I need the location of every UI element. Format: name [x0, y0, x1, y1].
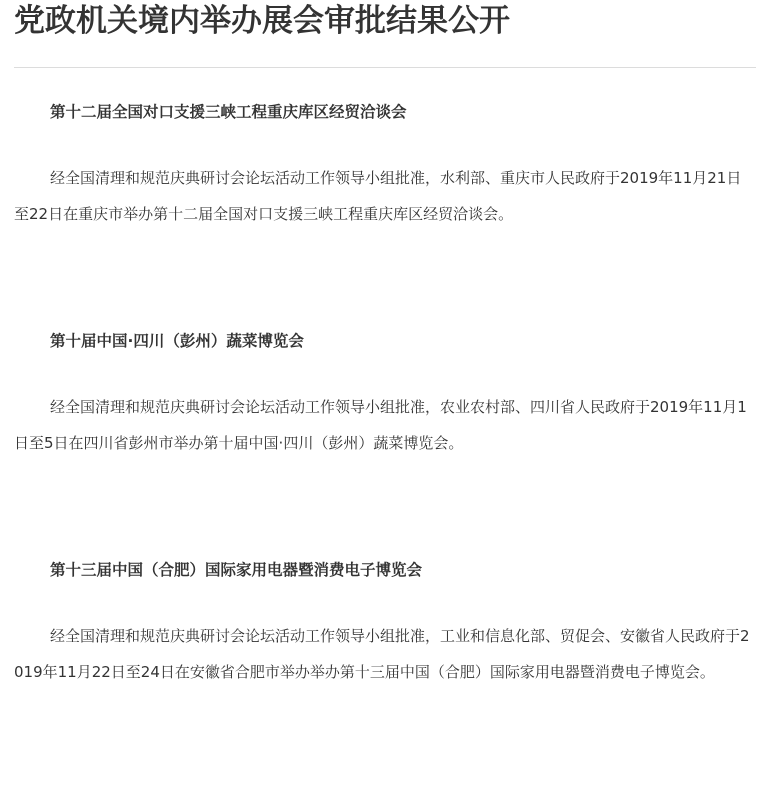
section-body: 经全国清理和规范庆典研讨会论坛活动工作领导小组批准，农业农村部、四川省人民政府于…	[14, 389, 752, 461]
article-section-2: 第十届中国·四川（彭州）蔬菜博览会 经全国清理和规范庆典研讨会论坛活动工作领导小…	[14, 329, 752, 461]
section-heading: 第十二届全国对口支援三峡工程重庆库区经贸洽谈会	[14, 100, 752, 124]
article-section-3: 第十三届中国（合肥）国际家用电器暨消费电子博览会 经全国清理和规范庆典研讨会论坛…	[14, 558, 752, 690]
section-body: 经全国清理和规范庆典研讨会论坛活动工作领导小组批准，工业和信息化部、贸促会、安徽…	[14, 618, 752, 690]
title-divider	[14, 67, 756, 68]
document-page: 党政机关境内举办展会审批结果公开 第十二届全国对口支援三峡工程重庆库区经贸洽谈会…	[0, 0, 760, 40]
article-section-1: 第十二届全国对口支援三峡工程重庆库区经贸洽谈会 经全国清理和规范庆典研讨会论坛活…	[14, 100, 752, 232]
section-body: 经全国清理和规范庆典研讨会论坛活动工作领导小组批准，水利部、重庆市人民政府于20…	[14, 160, 752, 232]
section-heading: 第十届中国·四川（彭州）蔬菜博览会	[14, 329, 752, 353]
section-heading: 第十三届中国（合肥）国际家用电器暨消费电子博览会	[14, 558, 752, 582]
page-title: 党政机关境内举办展会审批结果公开	[14, 0, 756, 40]
